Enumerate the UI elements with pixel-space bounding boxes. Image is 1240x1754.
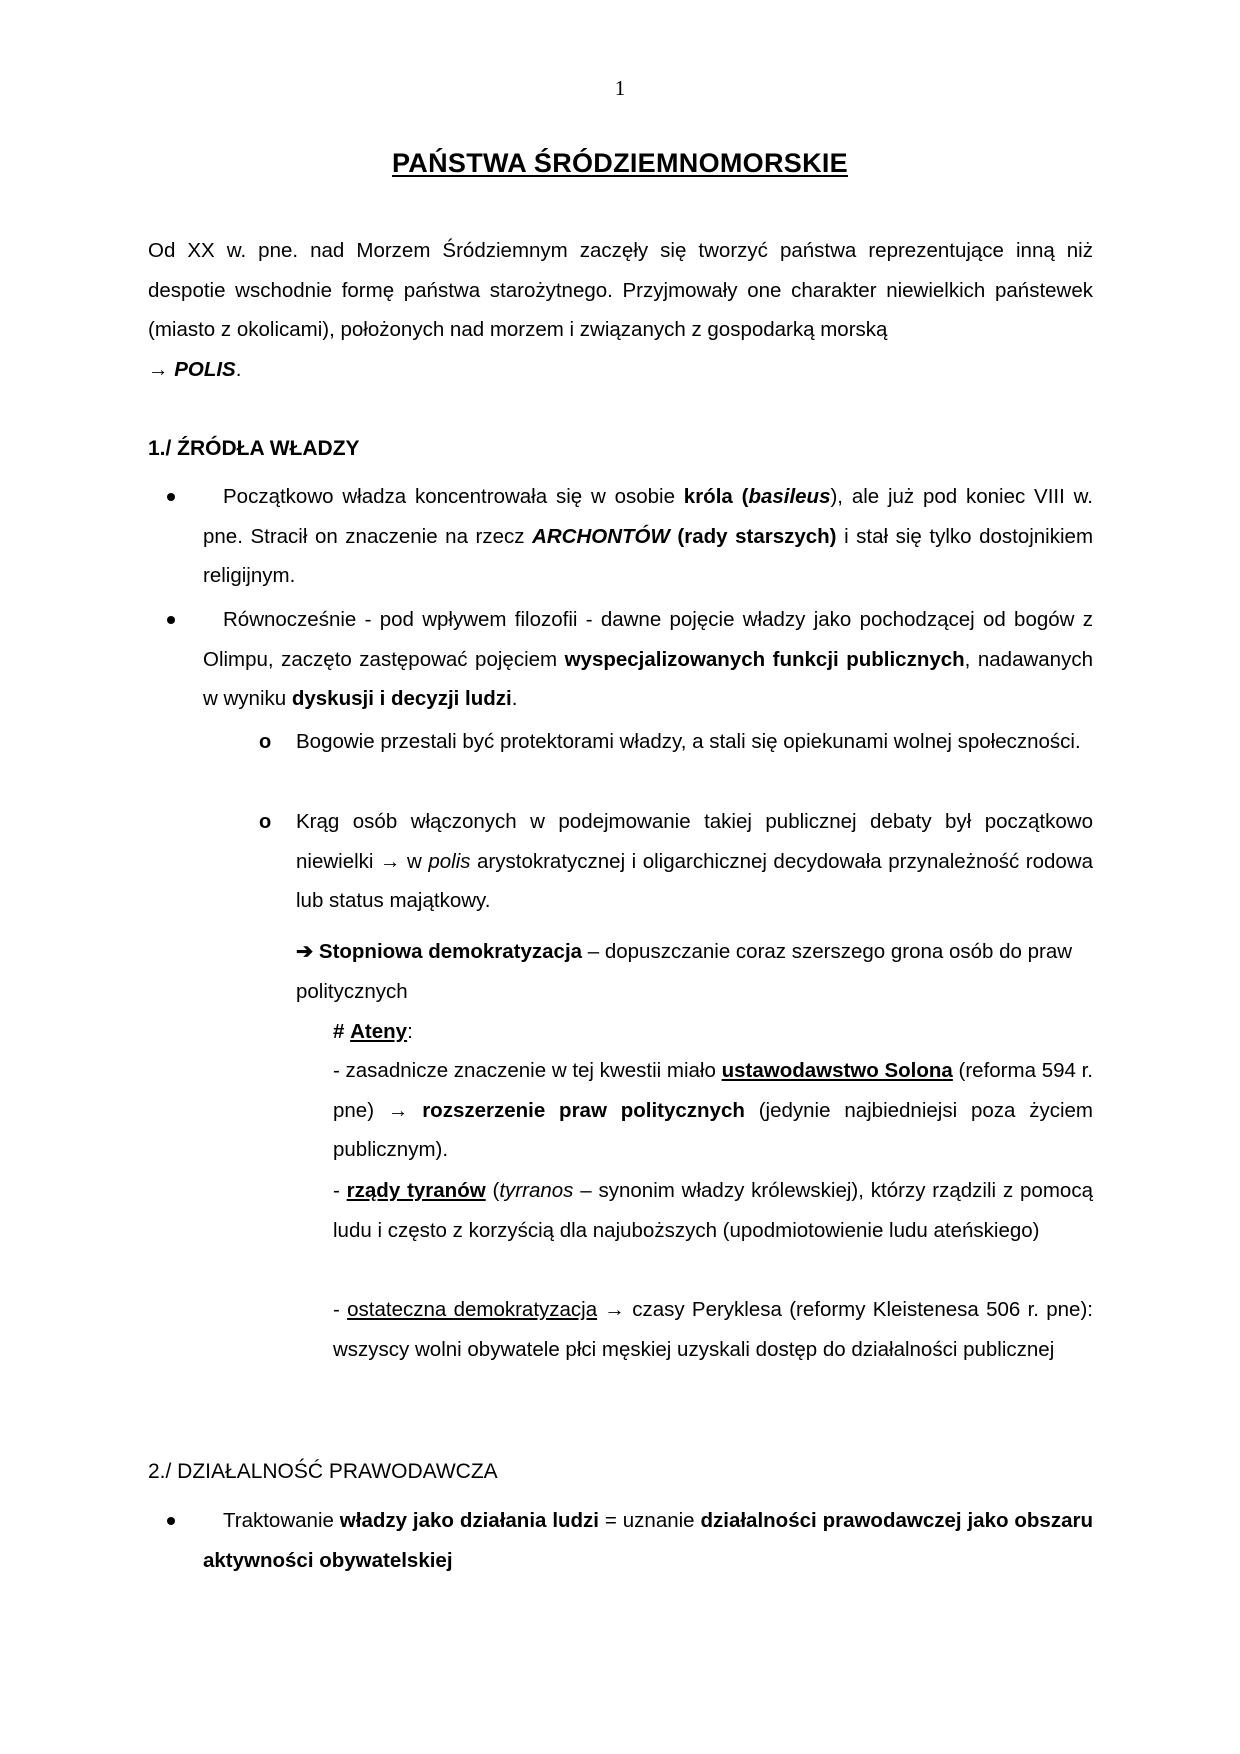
ateny-item-3: - ostateczna demokratyzacja → czasy Pery… [333, 1290, 1093, 1369]
solon-term: ustawodawstwo Solona [722, 1059, 953, 1082]
text: . [512, 687, 518, 710]
krola-term: króla [684, 485, 733, 508]
ateny-label: Ateny [350, 1020, 407, 1043]
text: - [333, 1179, 347, 1202]
text: Traktowanie [223, 1509, 340, 1532]
hash-icon: # [333, 1020, 344, 1043]
document-title: PAŃSTWA ŚRÓDZIEMNOMORSKIE [0, 148, 1240, 179]
ateny-item-1: - zasadnicze znaczenie w tej kwestii mia… [333, 1051, 1093, 1170]
text: w [401, 850, 429, 873]
section-2-bullet-1: Traktowanie władzy jako działania ludzi … [203, 1501, 1093, 1580]
stopniowa-demokratyzacja: ➔ Stopniowa demokratyzacja – dopuszczani… [296, 932, 1093, 1011]
arrow-icon: → [388, 1099, 409, 1122]
section-1-sub-item-1: Bogowie przestali być protektorami władz… [296, 722, 1093, 762]
arrow-icon: → [148, 358, 169, 381]
section-1-heading: 1./ ŹRÓDŁA WŁADZY [148, 437, 360, 461]
section-1-bullet-1: Początkowo władza koncentrowała się w os… [203, 477, 1093, 596]
intro-paragraph: Od XX w. pne. nad Morzem Śródziemnym zac… [148, 231, 1093, 389]
intro-text: Od XX w. pne. nad Morzem Śródziemnym zac… [148, 239, 1093, 341]
rady-term: (rady starszych) [677, 525, 836, 548]
text: - [333, 1298, 347, 1321]
text: - zasadnicze znaczenie w tej kwestii mia… [333, 1059, 722, 1082]
tyrranos-term: tyrranos [499, 1179, 573, 1202]
polis-term: polis [428, 850, 470, 873]
text: = uznanie [599, 1509, 700, 1532]
section-1-bullet-2: Równocześnie - pod wpływem filozofii - d… [203, 600, 1093, 719]
section-2-heading: 2./ DZIAŁALNOŚĆ PRAWODAWCZA [148, 1460, 498, 1484]
ateny-item-2: - rządy tyranów (tyrranos – synonim wład… [333, 1171, 1093, 1250]
rozszerzenie-term: rozszerzenie praw politycznych [422, 1099, 745, 1122]
circle-bullet-icon: o [259, 731, 271, 754]
text: ( [486, 1179, 500, 1202]
section-1-sub-item-2: Krąg osób włączonych w podejmowanie taki… [296, 802, 1093, 921]
ateny-heading: # Ateny: [333, 1012, 413, 1052]
text [408, 1099, 422, 1122]
arrow-icon: → [380, 850, 401, 873]
bullet-icon [167, 1517, 175, 1525]
stopniowa-term: Stopniowa demokratyzacja [319, 940, 582, 963]
basileus-term: basileus [748, 485, 830, 508]
polis-term: POLIS [174, 358, 236, 381]
arrow-icon: ➔ [296, 940, 313, 963]
intro-end: . [236, 358, 242, 381]
wladzy-term: władzy jako działania ludzi [340, 1509, 599, 1532]
wyspecjalizowanych-term: wyspecjalizowanych funkcji publicznych [565, 648, 965, 671]
bullet-icon [167, 616, 175, 624]
archontow-term: ARCHONTÓW [532, 525, 670, 548]
dyskusji-term: dyskusji i decyzji ludzi [292, 687, 512, 710]
ostateczna-term: ostateczna demokratyzacja [347, 1298, 597, 1321]
rzady-tyranow-term: rządy tyranów [347, 1179, 486, 1202]
text: ( [733, 485, 749, 508]
text: Początkowo władza koncentrowała się w os… [223, 485, 684, 508]
arrow-icon: → [604, 1298, 625, 1321]
bullet-icon [167, 493, 175, 501]
text: : [407, 1020, 413, 1043]
page-number: 1 [0, 76, 1240, 101]
document-page: 1 PAŃSTWA ŚRÓDZIEMNOMORSKIE Od XX w. pne… [0, 0, 1240, 1754]
circle-bullet-icon: o [259, 811, 271, 834]
